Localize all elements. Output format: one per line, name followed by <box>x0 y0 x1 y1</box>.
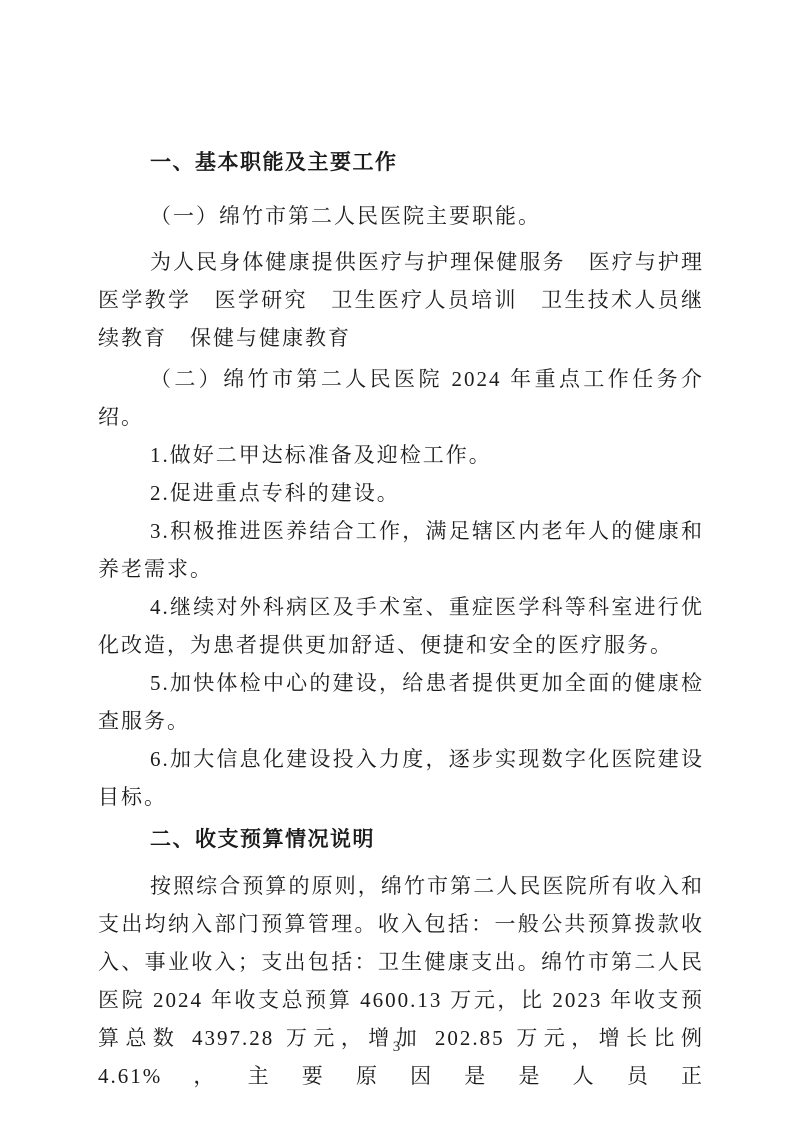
section-1-subsection-2-title: （二）绵竹市第二人民医院 2024 年重点工作任务介绍。 <box>98 360 704 436</box>
section-1-heading: 一、基本职能及主要工作 <box>98 144 704 182</box>
document-page: 一、基本职能及主要工作 （一）绵竹市第二人民医院主要职能。 为人民身体健康提供医… <box>0 0 793 1122</box>
hospital-functions-paragraph: 为人民身体健康提供医疗与护理保健服务 医疗与护理 医学教学 医学研究 卫生医疗人… <box>98 243 704 357</box>
page-number: 3 <box>0 1038 793 1056</box>
task-item-3: 3.积极推进医养结合工作，满足辖区内老年人的健康和养老需求。 <box>98 512 704 588</box>
document-content: 一、基本职能及主要工作 （一）绵竹市第二人民医院主要职能。 为人民身体健康提供医… <box>98 144 704 1095</box>
task-item-5: 5.加快体检中心的建设，给患者提供更加全面的健康检查服务。 <box>98 664 704 740</box>
budget-overview-paragraph: 按照综合预算的原则，绵竹市第二人民医院所有收入和支出均纳入部门预算管理。收入包括… <box>98 867 704 1095</box>
task-item-4: 4.继续对外科病区及手术室、重症医学科等科室进行优化改造，为患者提供更加舒适、便… <box>98 588 704 664</box>
task-item-6: 6.加大信息化建设投入力度，逐步实现数字化医院建设目标。 <box>98 740 704 816</box>
section-1-subsection-1-title: （一）绵竹市第二人民医院主要职能。 <box>98 197 704 235</box>
section-2-heading: 二、收支预算情况说明 <box>98 821 704 859</box>
task-item-2: 2.促进重点专科的建设。 <box>98 474 704 512</box>
task-item-1: 1.做好二甲达标准备及迎检工作。 <box>98 436 704 474</box>
